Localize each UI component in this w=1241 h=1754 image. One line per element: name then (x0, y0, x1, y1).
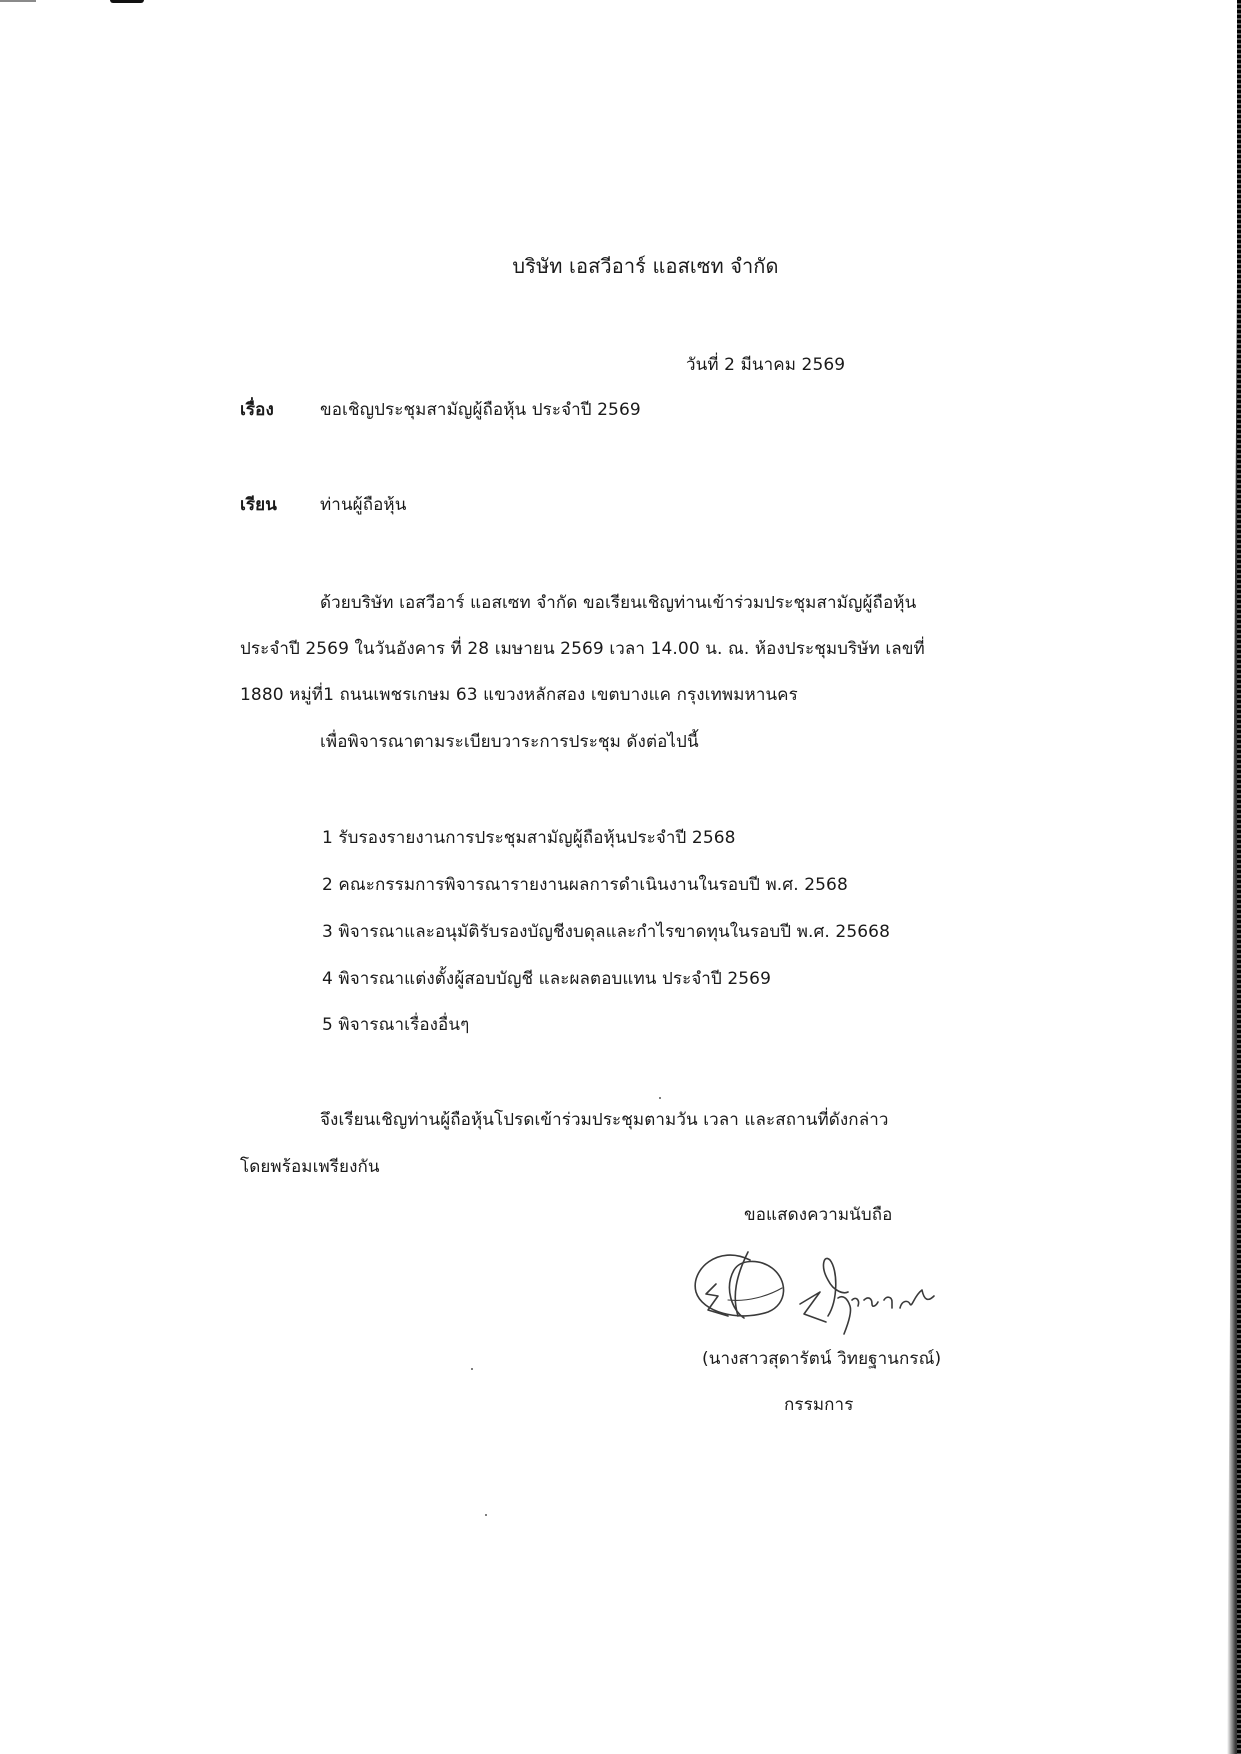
handwritten-signature (688, 1240, 948, 1340)
body-line: เพื่อพิจารณาตามระเบียบวาระการประชุม ดังต… (320, 731, 699, 753)
closing-salutation: ขอแสดงความนับถือ (744, 1204, 893, 1226)
company-title: บริษัท เอสวีอาร์ แอสเซท จำกัด (0, 253, 1241, 279)
scanned-letter-page: บริษัท เอสวีอาร์ แอสเซท จำกัด วันที่ 2 ม… (0, 0, 1241, 1754)
subject-label: เรื่อง (240, 399, 274, 421)
recipient-label: เรียน (240, 494, 277, 516)
subject-text: ขอเชิญประชุมสามัญผู้ถือหุ้น ประจำปี 2569 (320, 399, 641, 421)
body-line: 1880 หมู่ที่1 ถนนเพชรเกษม 63 แขวงหลักสอง… (240, 684, 798, 706)
body-line: ประจำปี 2569 ในวันอังคาร ที่ 28 เมษายน 2… (240, 638, 925, 660)
closing-paragraph-line: โดยพร้อมเพรียงกัน (240, 1156, 380, 1178)
scan-speck (471, 1368, 473, 1370)
scan-speck (485, 1514, 487, 1516)
recipient-text: ท่านผู้ถือหุ้น (320, 494, 406, 516)
scan-speck (659, 1097, 661, 1099)
agenda-item: 3 พิจารณาและอนุมัติรับรองบัญชีงบดุลและกำ… (322, 921, 890, 943)
agenda-item: 4 พิจารณาแต่งตั้งผู้สอบบัญชี และผลตอบแทน… (322, 968, 771, 990)
letter-date: วันที่ 2 มีนาคม 2569 (686, 354, 845, 376)
agenda-item: 2 คณะกรรมการพิจารณารายงานผลการดำเนินงานใ… (322, 874, 848, 896)
agenda-item: 1 รับรองรายงานการประชุมสามัญผู้ถือหุ้นปร… (322, 827, 736, 849)
closing-paragraph-line: จึงเรียนเชิญท่านผู้ถือหุ้นโปรดเข้าร่วมปร… (320, 1109, 889, 1131)
signatory-name: (นางสาวสุดารัตน์ วิทยฐานกรณ์) (702, 1348, 941, 1370)
signatory-title: กรรมการ (784, 1394, 853, 1416)
scan-artifact-top-left (0, 0, 36, 2)
scan-artifact-top-mark (110, 0, 144, 3)
body-line: ด้วยบริษัท เอสวีอาร์ แอสเซท จำกัด ขอเรีย… (320, 592, 916, 614)
agenda-item: 5 พิจารณาเรื่องอื่นๆ (322, 1014, 469, 1036)
